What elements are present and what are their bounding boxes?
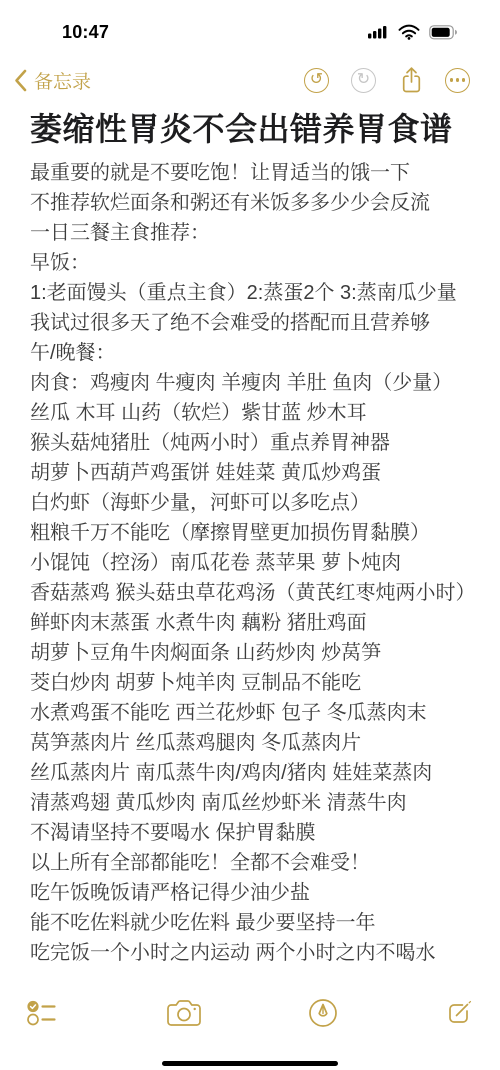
note-line[interactable]: 肉食：鸡瘦肉 牛瘦肉 羊瘦肉 羊肚 鱼肉（少量） — [30, 368, 490, 398]
nav-actions: ↺ ↻ — [304, 66, 470, 94]
note-line[interactable]: 不推荐软烂面条和粥还有米饭多多少少会反流 — [30, 188, 490, 218]
note-line[interactable]: 早饭： — [30, 248, 490, 278]
note-line[interactable]: 胡萝卜西葫芦鸡蛋饼 娃娃菜 黄瓜炒鸡蛋 — [30, 458, 490, 488]
notes-app-screen: 10:47 — [0, 0, 500, 1070]
note-line[interactable]: 丝瓜 木耳 山药（软烂）紫甘蓝 炒木耳 — [30, 398, 490, 428]
note-line[interactable]: 鲜虾肉末蒸蛋 水煮牛肉 藕粉 猪肚鸡面 — [30, 608, 490, 638]
checklist-icon — [26, 999, 60, 1027]
more-button[interactable] — [445, 68, 470, 93]
back-button[interactable]: 备忘录 — [14, 67, 91, 94]
redo-button[interactable]: ↻ — [351, 68, 376, 93]
note-line[interactable]: 吃完饭一个小时之内运动 两个小时之内不喝水 — [30, 938, 490, 968]
camera-icon — [166, 999, 202, 1027]
note-body[interactable]: 最重要的就是不要吃饱！让胃适当的饿一下不推荐软烂面条和粥还有米饭多多少少会反流一… — [30, 158, 490, 968]
note-line[interactable]: 小馄饨（控汤）南瓜花卷 蒸苹果 萝卜炖肉 — [30, 548, 490, 578]
note-title[interactable]: 萎缩性胃炎不会出错养胃食谱 — [30, 108, 490, 151]
note-line[interactable]: 莴笋蒸肉片 丝瓜蒸鸡腿肉 冬瓜蒸肉片 — [30, 728, 490, 758]
redo-icon: ↻ — [351, 68, 376, 93]
battery-icon — [429, 25, 458, 40]
status-bar: 10:47 — [0, 0, 500, 50]
checklist-button[interactable] — [26, 990, 60, 1036]
note-line[interactable]: 猴头菇炖猪肚（炖两小时）重点养胃神器 — [30, 428, 490, 458]
compose-button[interactable] — [444, 990, 474, 1036]
note-line[interactable]: 水煮鸡蛋不能吃 西兰花炒虾 包子 冬瓜蒸肉末 — [30, 698, 490, 728]
undo-icon: ↺ — [304, 68, 329, 93]
more-icon — [445, 68, 470, 93]
camera-button[interactable] — [166, 990, 202, 1036]
compose-icon — [444, 998, 474, 1028]
note-line[interactable]: 丝瓜蒸肉片 南瓜蒸牛肉/鸡肉/猪肉 娃娃菜蒸肉 — [30, 758, 490, 788]
bottom-toolbar — [0, 980, 500, 1070]
note-line[interactable]: 最重要的就是不要吃饱！让胃适当的饿一下 — [30, 158, 490, 188]
status-time: 10:47 — [62, 22, 109, 43]
note-line[interactable]: 茭白炒肉 胡萝卜炖羊肉 豆制品不能吃 — [30, 668, 490, 698]
nav-bar: 备忘录 ↺ ↻ — [0, 50, 500, 106]
note-line[interactable]: 能不吃佐料就少吃佐料 最少要坚持一年 — [30, 908, 490, 938]
wifi-icon — [398, 24, 420, 40]
note-line[interactable]: 清蒸鸡翅 黄瓜炒肉 南瓜丝炒虾米 清蒸牛肉 — [30, 788, 490, 818]
note-content[interactable]: 萎缩性胃炎不会出错养胃食谱 最重要的就是不要吃饱！让胃适当的饿一下不推荐软烂面条… — [0, 106, 500, 968]
undo-button[interactable]: ↺ — [304, 68, 329, 93]
note-line[interactable]: 午/晚餐： — [30, 338, 490, 368]
note-line[interactable]: 吃午饭晚饭请严格记得少油少盐 — [30, 878, 490, 908]
back-label: 备忘录 — [34, 67, 91, 94]
note-line[interactable]: 香菇蒸鸡 猴头菇虫草花鸡汤（黄芪红枣炖两小时） — [30, 578, 490, 608]
share-icon — [400, 66, 423, 94]
status-icons — [368, 24, 458, 40]
note-line[interactable]: 粗粮千万不能吃（摩擦胃壁更加损伤胃黏膜） — [30, 518, 490, 548]
note-line[interactable]: 我试过很多天了绝不会难受的搭配而且营养够 — [30, 308, 490, 338]
markup-icon — [308, 998, 338, 1028]
note-line[interactable]: 以上所有全部都能吃！全都不会难受！ — [30, 848, 490, 878]
note-line[interactable]: 不渴请坚持不要喝水 保护胃黏膜 — [30, 818, 490, 848]
cellular-signal-icon — [368, 25, 389, 39]
markup-button[interactable] — [308, 990, 338, 1036]
note-line[interactable]: 一日三餐主食推荐： — [30, 218, 490, 248]
note-line[interactable]: 1:老面馒头（重点主食）2:蒸蛋2个 3:蒸南瓜少量 — [30, 278, 490, 308]
home-indicator[interactable] — [162, 1061, 338, 1066]
chevron-left-icon — [14, 69, 27, 92]
share-button[interactable] — [400, 66, 423, 94]
note-line[interactable]: 胡萝卜豆角牛肉焖面条 山药炒肉 炒莴笋 — [30, 638, 490, 668]
note-line[interactable]: 白灼虾（海虾少量，河虾可以多吃点） — [30, 488, 490, 518]
